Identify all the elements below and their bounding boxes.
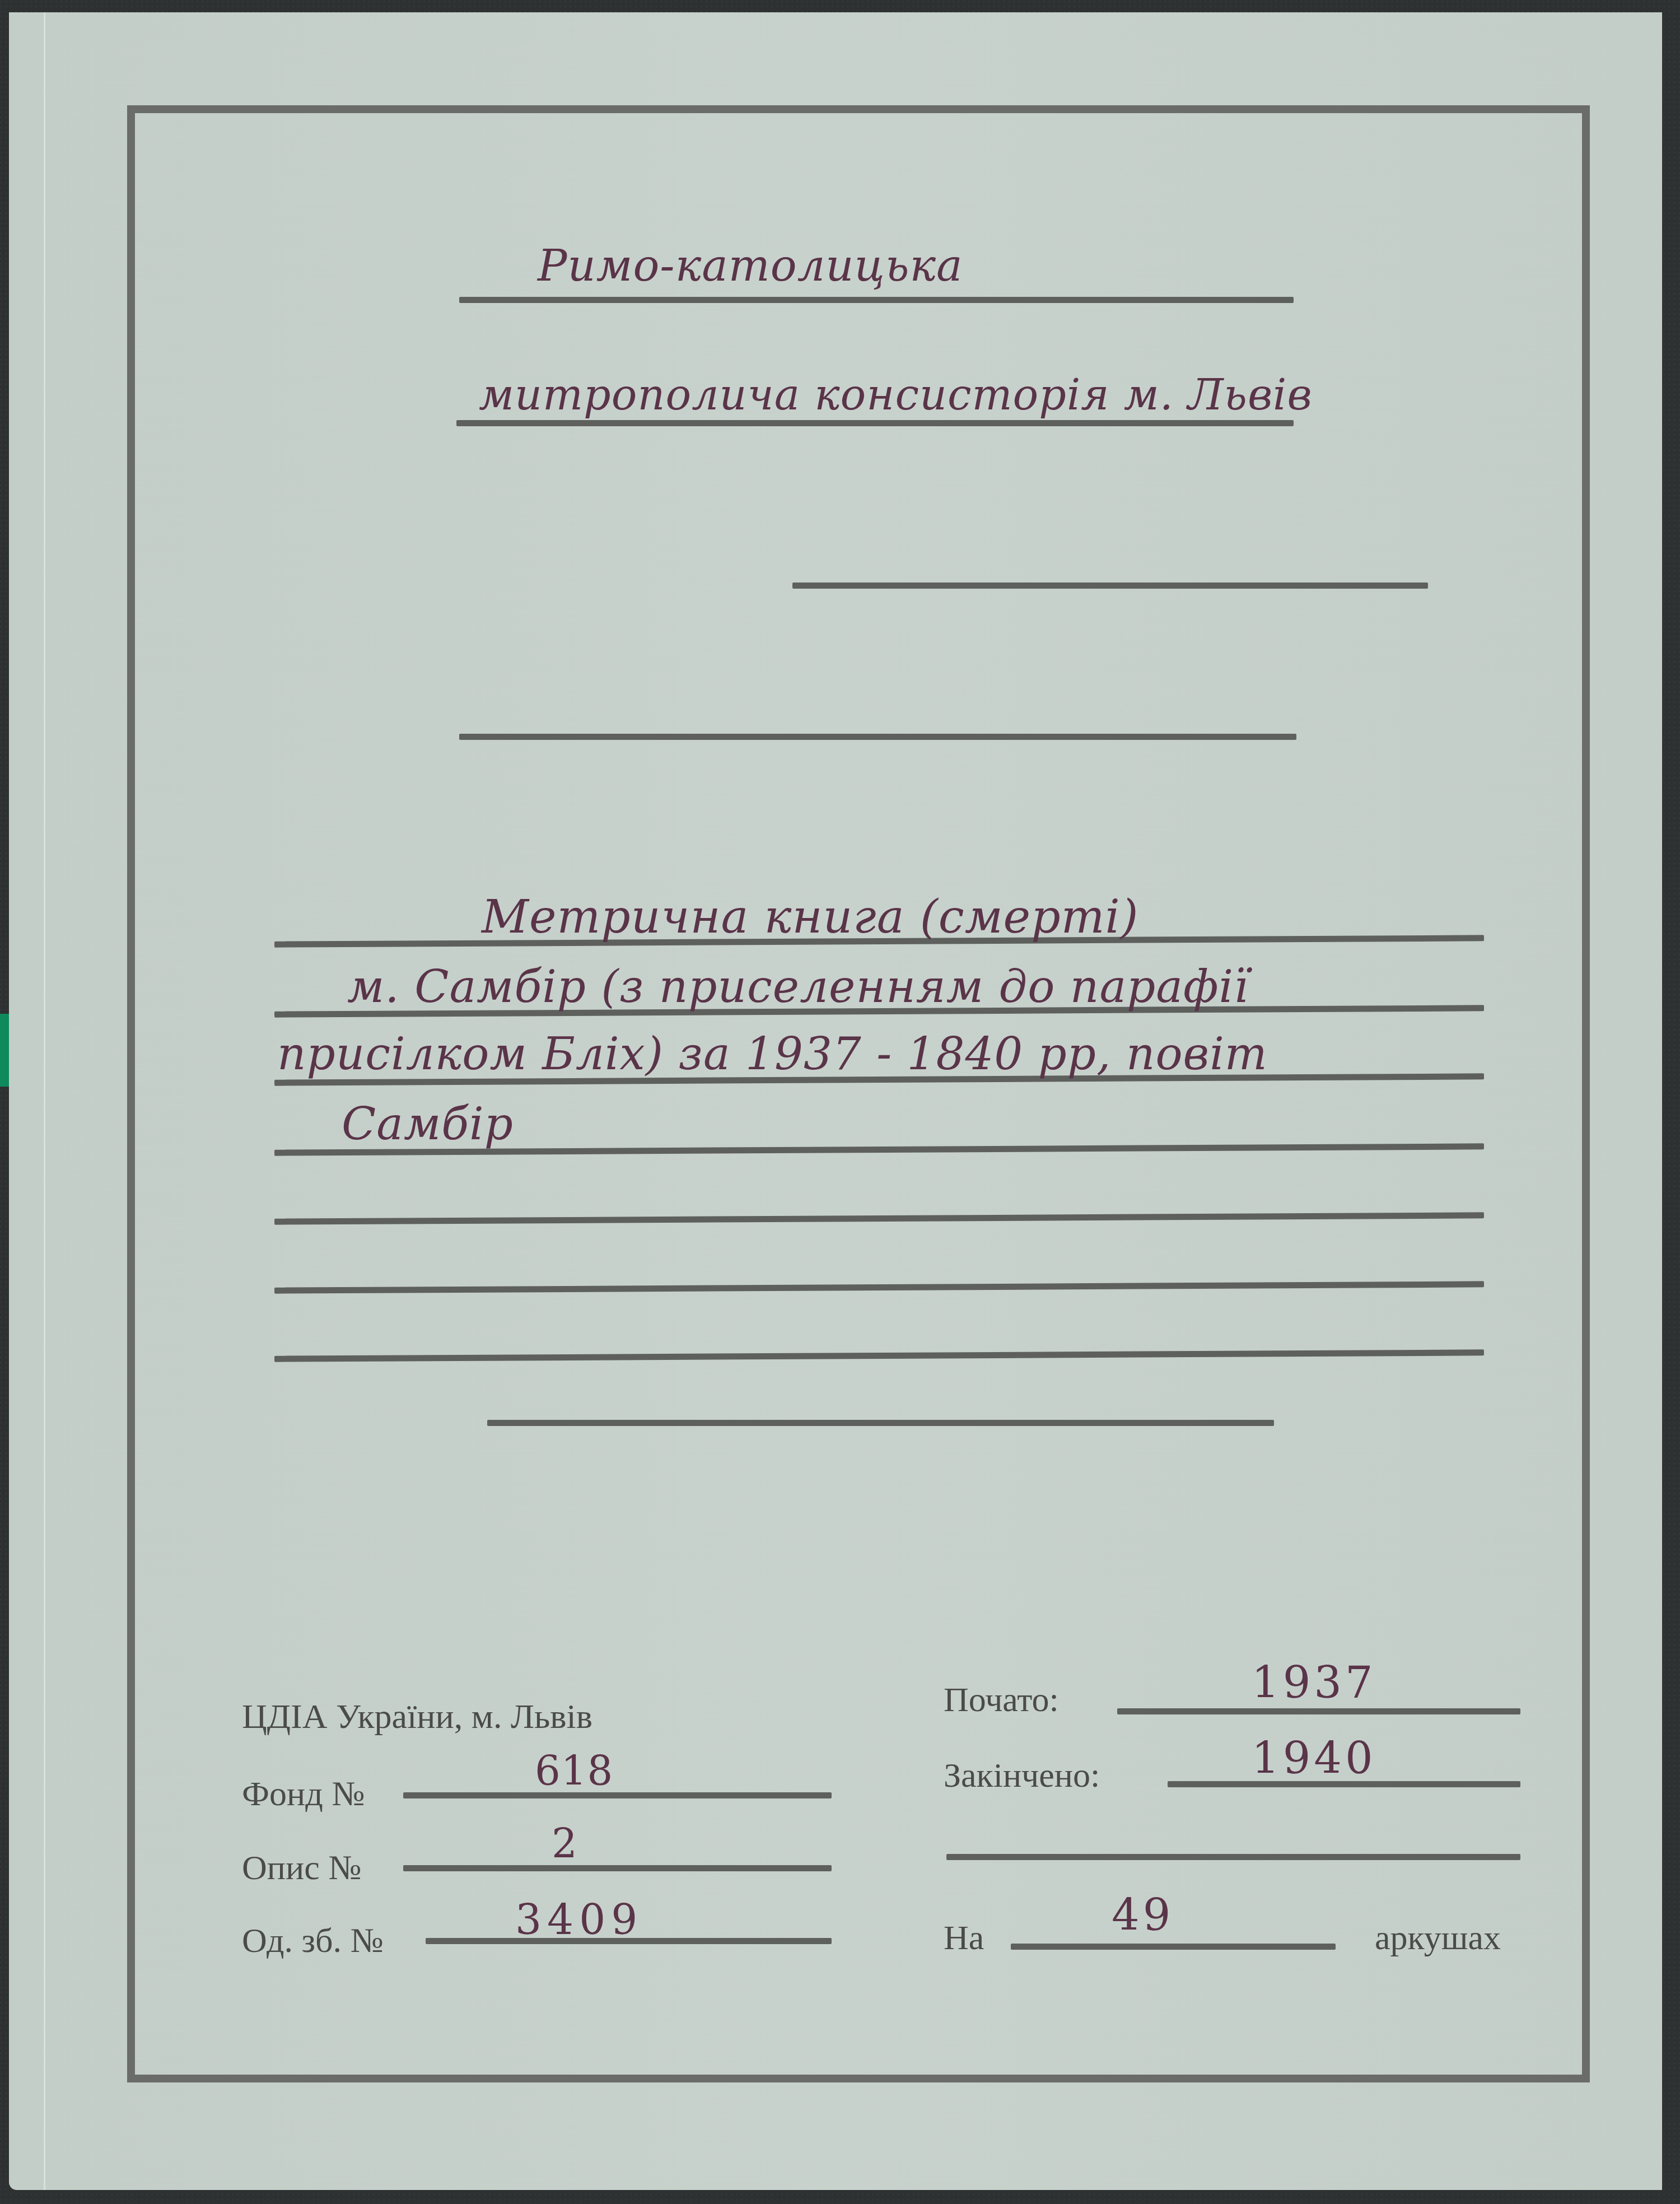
title-line-3: присілком Бліх) за 1937 - 1840 рр, повіт [277, 1028, 1268, 1080]
rule-blank-2 [459, 734, 1296, 740]
opys-rule [403, 1865, 832, 1871]
fond-label: Фонд № [242, 1774, 365, 1814]
unit-label: Од. зб. № [242, 1921, 384, 1961]
rule-institution-1 [459, 297, 1294, 303]
title-line-2: м. Самбір (з приселенням до парафії [347, 961, 1249, 1013]
fond-rule [403, 1792, 832, 1798]
opys-label: Опис № [242, 1848, 361, 1888]
sheets-value: 49 [1112, 1890, 1174, 1941]
finished-value: 1940 [1252, 1734, 1376, 1784]
unit-value: 3409 [515, 1896, 643, 1944]
sheets-rule [1011, 1944, 1336, 1950]
archive-name: ЦДІА України, м. Львів [242, 1697, 592, 1737]
rule-blank-1 [792, 583, 1428, 589]
started-value: 1937 [1252, 1658, 1376, 1708]
spine-fold [44, 12, 45, 2190]
started-label: Почато: [944, 1680, 1059, 1720]
institution-line-1: Римо-католицька [538, 241, 963, 291]
blank-rule-right [946, 1854, 1520, 1860]
institution-line-2: митрополича консисторія м. Львів [479, 370, 1313, 420]
rule-institution-2 [456, 420, 1294, 426]
sheets-suffix: аркушах [1375, 1918, 1501, 1958]
title-line-4: Самбір [342, 1098, 514, 1150]
title-line-1: Метрична книга (смерті) [482, 891, 1139, 944]
fond-value: 618 [535, 1748, 613, 1795]
rule-title-end [487, 1420, 1274, 1426]
finished-label: Закінчено: [944, 1756, 1100, 1796]
started-rule [1117, 1708, 1520, 1714]
opys-value: 2 [552, 1820, 578, 1867]
sheets-prefix: На [944, 1918, 984, 1958]
